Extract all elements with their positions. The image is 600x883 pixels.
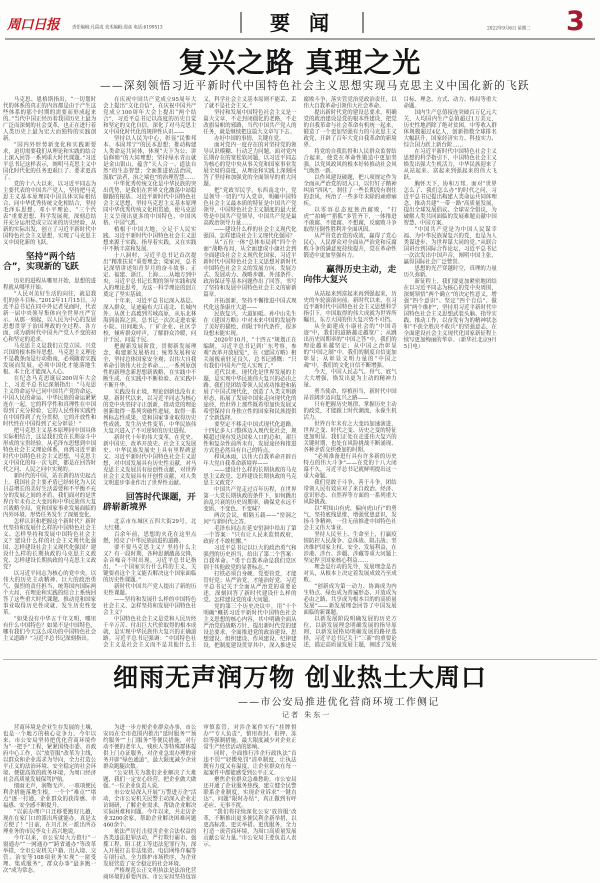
- body-paragraph: 坚持人民至上、生命至上，打赢疫情防控人民战争、总体战、阻击战；坚决维护国家主权、…: [303, 531, 396, 564]
- body-paragraph: 国内生产总值接连突破百万亿元大关，人均国内生产总值超过1万美元，历史性地消除了绝…: [404, 109, 497, 148]
- body-paragraph: ——坚持和发展什么样的中国特色社会主义、怎样坚持和发展中国特色社会主义？: [103, 596, 196, 616]
- body-paragraph: 十八洞村，习近平总书记首次提出“精准扶贫”重要理念；梁家河，总书记深情讲述知青岁…: [103, 252, 196, 298]
- body-paragraph: 要不要马克思主义？坚持什么主义？有一段时期，各种思潮激荡交锋，杂音噪音不时出现。…: [103, 544, 196, 583]
- body-paragraph: 习近平总书记以巨大的政治勇气和强烈的历史担当，给出了第二个答案：自我革命。“勇于…: [203, 545, 296, 571]
- body-paragraph: 中国共产党走过百年历程，在世界第一大党长期执政的条件下，如何跳出治乱兴衰的历史周…: [203, 486, 296, 512]
- body-paragraph: 以作风建设破题，把八项规定作为全面从严治党的切入口，以钉钉子精神纠治“四风”，刹…: [303, 174, 396, 207]
- body-paragraph: 两次会议，相隔五载——“窑洞之问”与新时代之答。: [203, 512, 296, 525]
- body-paragraph: “中国共产党是为中国人民谋幸福、为中华民族谋复兴的党，也是为人类谋进步、为世界谋…: [404, 226, 497, 265]
- body-paragraph: 将党的自我监督和人民群众监督结合起来，使党在革命性锻造中更加坚强，以党风政风的根…: [303, 148, 396, 174]
- body-paragraph: 理念是行动的先导，发展理念是否对头，从根本上决定着发展成效乃至成败。: [303, 564, 396, 584]
- body-paragraph: 细雨无声，润物无声。一项项便民利企措施落地生根，一个个“难点”“堵点”逐一打通，…: [3, 783, 96, 809]
- body-paragraph: 坚持和发展中国特色社会主义是一篇大文章，不走封闭僵化的老路，不走改旗易帜的邪路，…: [203, 109, 296, 135]
- body-paragraph: 新时代的中国，站在新的历史起点上。我国社会主要矛盾已经转化为人民日益增长的美好生…: [3, 473, 96, 519]
- body-paragraph: 把“党政军民学，东西南北中，党是领导一切的”写入党章，明确中国特色社会主义最本质…: [203, 187, 296, 226]
- body-paragraph: 依法严厉打击侵害企业合法权益的各类违法犯罪活动，严打欺行霸市、强揽工程、阻工扰工…: [103, 828, 196, 867]
- body-paragraph: 新时代十年的伟大变革，在党史、新中国史、改革开放史、社会主义发展史、中华民族发展…: [103, 434, 196, 486]
- section-title-char-1: 要: [270, 13, 290, 33]
- body-paragraph: 从严管党治党的成效，赢得了党心民心，人民群众对全面从严治党和反腐败斗争的满意度持…: [303, 233, 396, 259]
- body-paragraph: 为进一步方便企业群众办事，市公安局在全市范围内推出“延时服务”“预约服务”“上门…: [103, 724, 196, 770]
- body-paragraph: 市公安局深入开展“万警进万企”活动，全市公安机关民警主动深入企业走访调研，了解企…: [103, 789, 196, 828]
- issue-date: 2022年9月6日 星期二: [487, 26, 531, 31]
- page-number: 3: [566, 7, 585, 37]
- body-paragraph: 在纪念马克思诞辰200周年大会上，习近平总书记深刻指出：“马克思主义的命运早已同…: [3, 375, 96, 427]
- body-paragraph: 党的十八大以来，以习近平同志为主要代表的中国共产党人，坚持把马克思主义基本原理同…: [3, 181, 96, 246]
- section-title-char-2: 闻: [309, 13, 329, 33]
- body-paragraph: “如果没有中华五千年文明，哪里有什么中国特色？如果不是中国特色，哪有我们今天这么…: [3, 616, 96, 642]
- body-paragraph: 提出新时代党的建设总要求，明确党的政治建设是党的根本性建设，把党的自我革命与社会…: [303, 109, 396, 148]
- body-paragraph: 毛泽东同志在延安窑洞中给出了第一个答案：“只有让人民来监督政府，政府才不敢松懈。…: [203, 525, 296, 545]
- body-paragraph: 勇当使命，厚植担当，新时代中国昂首阔步迈向复兴之路——: [303, 388, 396, 401]
- body-paragraph: “人民对美好生活的向往，就是我们的奋斗目标。”2012年11月15日，习近平总书…: [3, 291, 96, 343]
- body-paragraph: “公安机关为我们企业解决了大难题，我们一定安心经营，把企业做大做强。”一位企业负…: [103, 770, 196, 790]
- lead-article-body: 马克思、恩格斯指出，“一切划时代的体系的真正的内容都是由于产生这些体系的那个时期…: [3, 96, 597, 654]
- section-heading: 赢得历史主动，走向伟大复兴: [303, 265, 396, 285]
- body-paragraph: 马克思、恩格斯指出，“一切划时代的体系的真正的内容都是由于产生这些体系的那个时期…: [3, 96, 96, 142]
- lead-subtitle: ——深刻领悟习近平新时代中国特色社会主义思想实现马克思主义中国化新的飞跃: [100, 80, 530, 92]
- body-paragraph: 十年来，习近平总书记深入基层、深入群众，足迹遍布大江南北、长城内外。从黄土高坡到…: [103, 298, 196, 344]
- body-paragraph: “创新成为第一动力、协调成为内生特点、绿色成为普遍形态、开放成为必由之路、共享成…: [303, 583, 396, 616]
- body-paragraph: 今天，中国人民志气、骨气、底气大大增强，焕发出更为主动的精神力量。: [303, 369, 396, 389]
- section-heading: 坚持“两个结合”，实现新的飞跃: [3, 252, 96, 272]
- body-paragraph: “必须准备进行具有许多新的历史特点的伟大斗争”——在党的十八大闭幕不久，习近平总…: [303, 453, 396, 479]
- body-paragraph: 从全面建成小康社会的“中国奇迹”中，我们的道路越走越宽广；从跳出历史周期率的“中…: [303, 323, 396, 369]
- body-paragraph: 把握新发展阶段，贯彻新发展理念，构建新发展格局；统筹发展和安全，坚持总体国家安全…: [103, 343, 196, 389]
- body-paragraph: 民族复兴，大道如砥。孙中山先生在《建国方略》中对未来中国的发展作了美好的描绘，但…: [203, 311, 296, 337]
- body-paragraph: 要坚定不移走中国式现代化道路，十四亿多人口整体迈入现代化社会，规模超过现有发达国…: [203, 421, 296, 454]
- byline: 记者 朱东一: [282, 711, 331, 720]
- section-heading: 回答时代课题，开辟崭新境界: [103, 492, 196, 512]
- body-paragraph: 面对党内一度存在的对坚持党的领导认识模糊、行动乏力问题，面对党内长期存在的宽松软…: [203, 142, 296, 188]
- body-paragraph: 实践没有止境，理论创新也没有止境。新时代以来，以习近平同志为核心的党中央坚持守正…: [103, 389, 196, 435]
- body-paragraph: 历史的进程从哪里开始，思想的进程就从哪里开始。: [3, 278, 96, 291]
- article-separator: [3, 659, 597, 660]
- body-paragraph: 世界百年未有之大变局加速演进，世界之变、时代之变、历史之变的特征更加明显。我们正…: [303, 421, 396, 454]
- body-paragraph: 栉风沐雨，以伟大自我革命开辟百年大党自我革命新境界——: [203, 454, 296, 467]
- body-paragraph: “我们将持续深化公安‘放管服’改革，不断推出更多便民利企新举措，以更高标准、更实…: [203, 809, 296, 848]
- editor-credits: 责任编辑:凡留成 美术编辑:周彦 电话:6199513: [72, 25, 163, 30]
- body-paragraph: 怎样认识和把握这个新时代？新时代坚持和发展什么样的中国特色社会主义、怎样坚持和发…: [3, 518, 96, 570]
- divider-bar-left: [240, 12, 242, 33]
- body-paragraph: 北京市东城区五四大街29号，北大红楼。: [103, 518, 196, 531]
- body-paragraph: 同时，全面推行涉企行政执法“首违不罚”“轻微免罚”清单制度，让执法既有力度又有温…: [203, 750, 296, 776]
- body-paragraph: “国内外形势新变化和实践新要求，迫切需要我们从理论和实践的结合上深入回答一系列重…: [3, 142, 96, 181]
- masthead-rule: [5, 38, 595, 40]
- body-paragraph: 新时代中国共产党人提出了新的历史性课题。: [103, 583, 196, 596]
- body-paragraph: 在庆祝中国共产党成立95周年大会上提出“文化自信”，在庆祝中国共产党成立100周…: [103, 96, 196, 135]
- body-paragraph: 只有把握历史规律、掌握历史主动的政党，才能跟上时代潮流，永葆生机活力。: [303, 401, 396, 421]
- lead-headline: 复兴之路 真理之光: [0, 47, 600, 79]
- body-paragraph: 以零容忍态度惩治腐败，“打虎”“拍蝇”“猎狐”多管齐下，一体推进不敢腐、不能腐、…: [303, 207, 396, 233]
- body-paragraph: 马克思主义是我们立党立国、兴党兴国的根本指导思想。马克思主义理论不是教条而是行动…: [3, 343, 96, 376]
- body-paragraph: 聚焦企业群众急难愁盼，市公安局还开通了企业服务热线，建立健全民警联系企业制度，实…: [203, 776, 296, 809]
- divider-bar-right: [362, 12, 364, 33]
- body-paragraph: 打铁必须自身硬。党要管党，才能管好党；从严治党，才能治好党。习近平总书记关于全面…: [203, 571, 296, 604]
- body-paragraph: 植根于中国大地，立足于人民实践。习近平新时代中国特色社会主义思想来源于实践、指导…: [103, 226, 196, 252]
- body-paragraph: 以“明知山有虎，偏向虎山行”的勇气，坚持底线思维，增强忧患意识，发扬斗争精神，一…: [303, 505, 396, 531]
- body-paragraph: 新征程上，我们要更加紧密地团结在以习近平同志为核心的党中央周围，深刻领悟“两个确…: [404, 278, 497, 350]
- body-paragraph: 2020年10月，“十四五”规划正在编制，习近平总书记到广东考察，参观“改革开放…: [203, 337, 296, 370]
- body-paragraph: 百余年前，思想的火花在这里点燃，照亮了中华民族前进的道路。: [103, 531, 196, 544]
- body-paragraph: 在习近平新时代中国特色社会主义思想的科学指引下，中国特色社会主义焕发出强大生机活…: [404, 148, 497, 181]
- body-paragraph: 从站起来到富起来再到强起来，历史的车轮滚滚向前。新时代以来，在习近平新时代中国特…: [303, 291, 396, 324]
- second-subtitle: ——市公安局推进优化营商环境工作侧记: [238, 697, 440, 709]
- body-paragraph: 近代以来，现代化是世界发展的主题，是实现中华民族伟大复兴的必由之路。我们党团结带…: [203, 369, 296, 421]
- body-paragraph: 营商环境是企业生存发展的土壤，也是一个地方的核心竞争力。今年以来，市公安局坚持把…: [3, 724, 96, 783]
- body-paragraph: 我们党敢于斗争、善于斗争，团结带领人民有效应对了来自政治、经济、意识形态、自然界…: [303, 479, 396, 505]
- second-article-body: 营商环境是企业生存发展的土壤，也是一个地方的核心竞争力。今年以来，市公安局坚持把…: [3, 724, 597, 881]
- body-paragraph: ——建设什么样的社会主义现代化强国、怎样建设社会主义现代化强国？: [203, 226, 296, 239]
- body-paragraph: 坚持以人民为中心，彰显“民惟邦本、本固邦宁”的民本思想；推动构建人类命运共同体，…: [103, 135, 196, 181]
- body-paragraph: 中华优秀传统文化是中华民族的突出优势，是我们在世界文化激荡中站稳脚跟的根基。习近…: [103, 181, 196, 227]
- body-paragraph: 胸怀天下，协和万邦。面对“世界怎么了、我们怎么办”的时代之问，习近平总书记提出构…: [404, 181, 497, 227]
- newspaper-logo: 周口日报: [7, 17, 59, 33]
- body-paragraph: 思想的光芒穿越时空，真理的力量历久弥新。: [404, 265, 497, 278]
- body-paragraph: 把马克思主义基本原理同中国具体实际相结合，这是我们党在长期奋斗中形成的宝贵经验。…: [3, 427, 96, 473]
- body-paragraph: 今年以来，市公安局大力推行“一窗通办”“一网通办”“跨省通办”等改革举措，全市公…: [3, 835, 96, 874]
- body-paragraph: 开拓创新，坚持不懈推进中国式现代化这条康庄大道——: [203, 298, 296, 311]
- body-paragraph: “以前办理户口迁移要跑好几趟，现在在家门口的派出所就能办，真是太方便了！”日前，…: [3, 809, 96, 835]
- second-headline: 细雨无声润万物 创业热土大周口: [0, 664, 600, 692]
- body-paragraph: 从“五位一体”总体布局到“四个全面”战略布局，从全面建成小康社会到全面建设社会主…: [203, 239, 296, 298]
- body-paragraph: ——建设什么样的长期执政的马克思主义政党、怎样建设长期执政的马克思主义政党？: [203, 467, 296, 487]
- body-paragraph: 以习近平同志为核心的党中央，以伟大的历史主动精神、巨大的政治勇气、强烈的责任担当…: [3, 570, 96, 616]
